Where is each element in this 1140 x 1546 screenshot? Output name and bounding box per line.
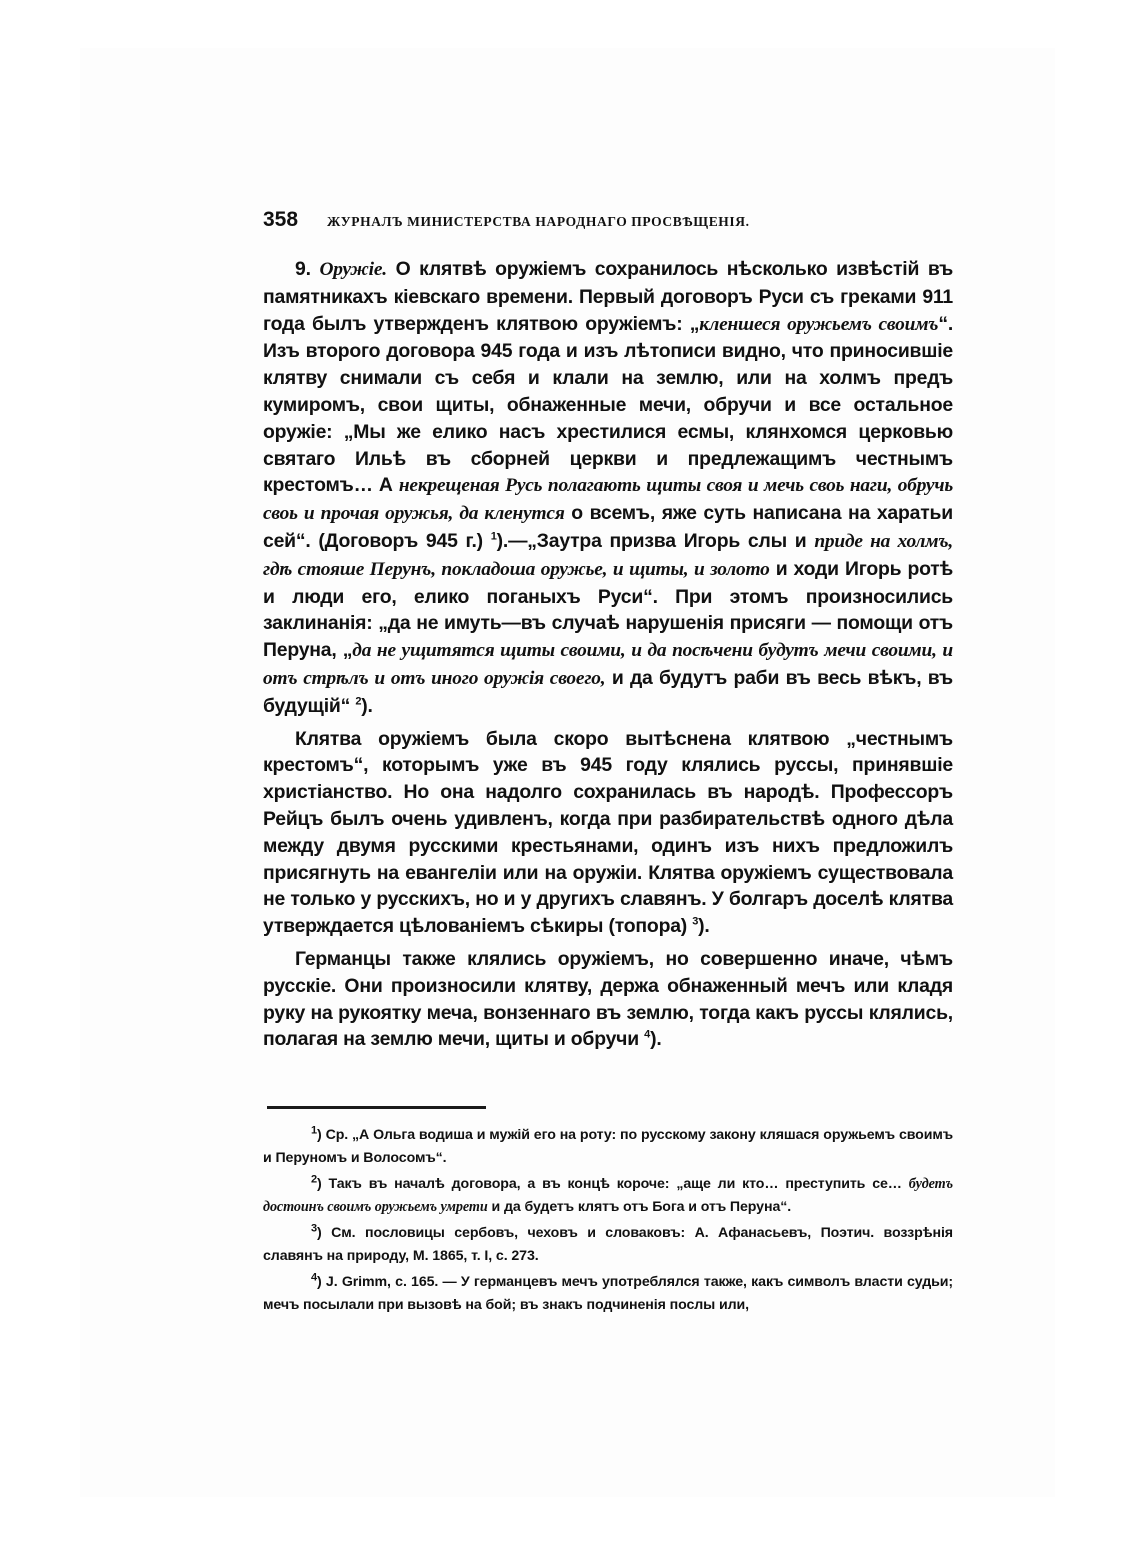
text-run: ).—„Заутра призва Игорь слы и (497, 530, 815, 552)
paragraph: 9. Оружіе. О клятвѣ оружіемъ сохранилось… (263, 256, 953, 720)
footnotes: 1) Ср. „А Ольга водиша и мужій его на ро… (263, 1124, 953, 1320)
section-number: 9. (295, 258, 311, 280)
section-title: Оружіе. (319, 259, 386, 280)
text-run: Германцы также клялись оружіемъ, но сове… (263, 948, 953, 1050)
italic-quotation: кленшеся оружьемъ своимъ (699, 314, 938, 335)
footnote: 2) Такъ въ началѣ договора, а въ концѣ к… (263, 1173, 953, 1219)
text-run: ). (650, 1028, 661, 1050)
body-text: 9. Оружіе. О клятвѣ оружіемъ сохранилось… (263, 256, 953, 1053)
text-run: “. Изъ второго договора 945 года и изъ л… (263, 313, 953, 497)
document-page: 358 ЖУРНАЛЪ МИНИСТЕРСТВА НАРОДНАГО ПРОСВ… (263, 208, 953, 1053)
running-header: 358 ЖУРНАЛЪ МИНИСТЕРСТВА НАРОДНАГО ПРОСВ… (263, 208, 953, 238)
footnote-divider (267, 1106, 486, 1109)
paragraph: Германцы также клялись оружіемъ, но сове… (263, 946, 953, 1053)
text-run: и да будетъ клятъ отъ Бога и отъ Перуна“… (488, 1199, 791, 1215)
footnote: 3) См. пословицы сербовъ, чеховъ и слова… (263, 1222, 953, 1268)
text-run: ) Такъ въ началѣ договора, а въ концѣ ко… (317, 1176, 909, 1192)
text-run: ). (698, 915, 709, 937)
paragraph: Клятва оружіемъ была скоро вытѣснена кля… (263, 726, 953, 940)
text-run: ) См. пословицы сербовъ, чеховъ и словак… (263, 1225, 953, 1264)
journal-title: ЖУРНАЛЪ МИНИСТЕРСТВА НАРОДНАГО ПРОСВѢЩЕН… (327, 214, 750, 230)
text-run: ) J. Grimm, с. 165. — У германцевъ мечъ … (263, 1274, 953, 1313)
footnote: 4) J. Grimm, с. 165. — У германцевъ мечъ… (263, 1271, 953, 1317)
page-number: 358 (263, 208, 315, 232)
text-run: ). (361, 695, 372, 717)
text-run: Клятва оружіемъ была скоро вытѣснена кля… (263, 728, 953, 938)
text-run: ) Ср. „А Ольга водиша и мужій его на рот… (263, 1127, 953, 1166)
footnote: 1) Ср. „А Ольга водиша и мужій его на ро… (263, 1124, 953, 1170)
